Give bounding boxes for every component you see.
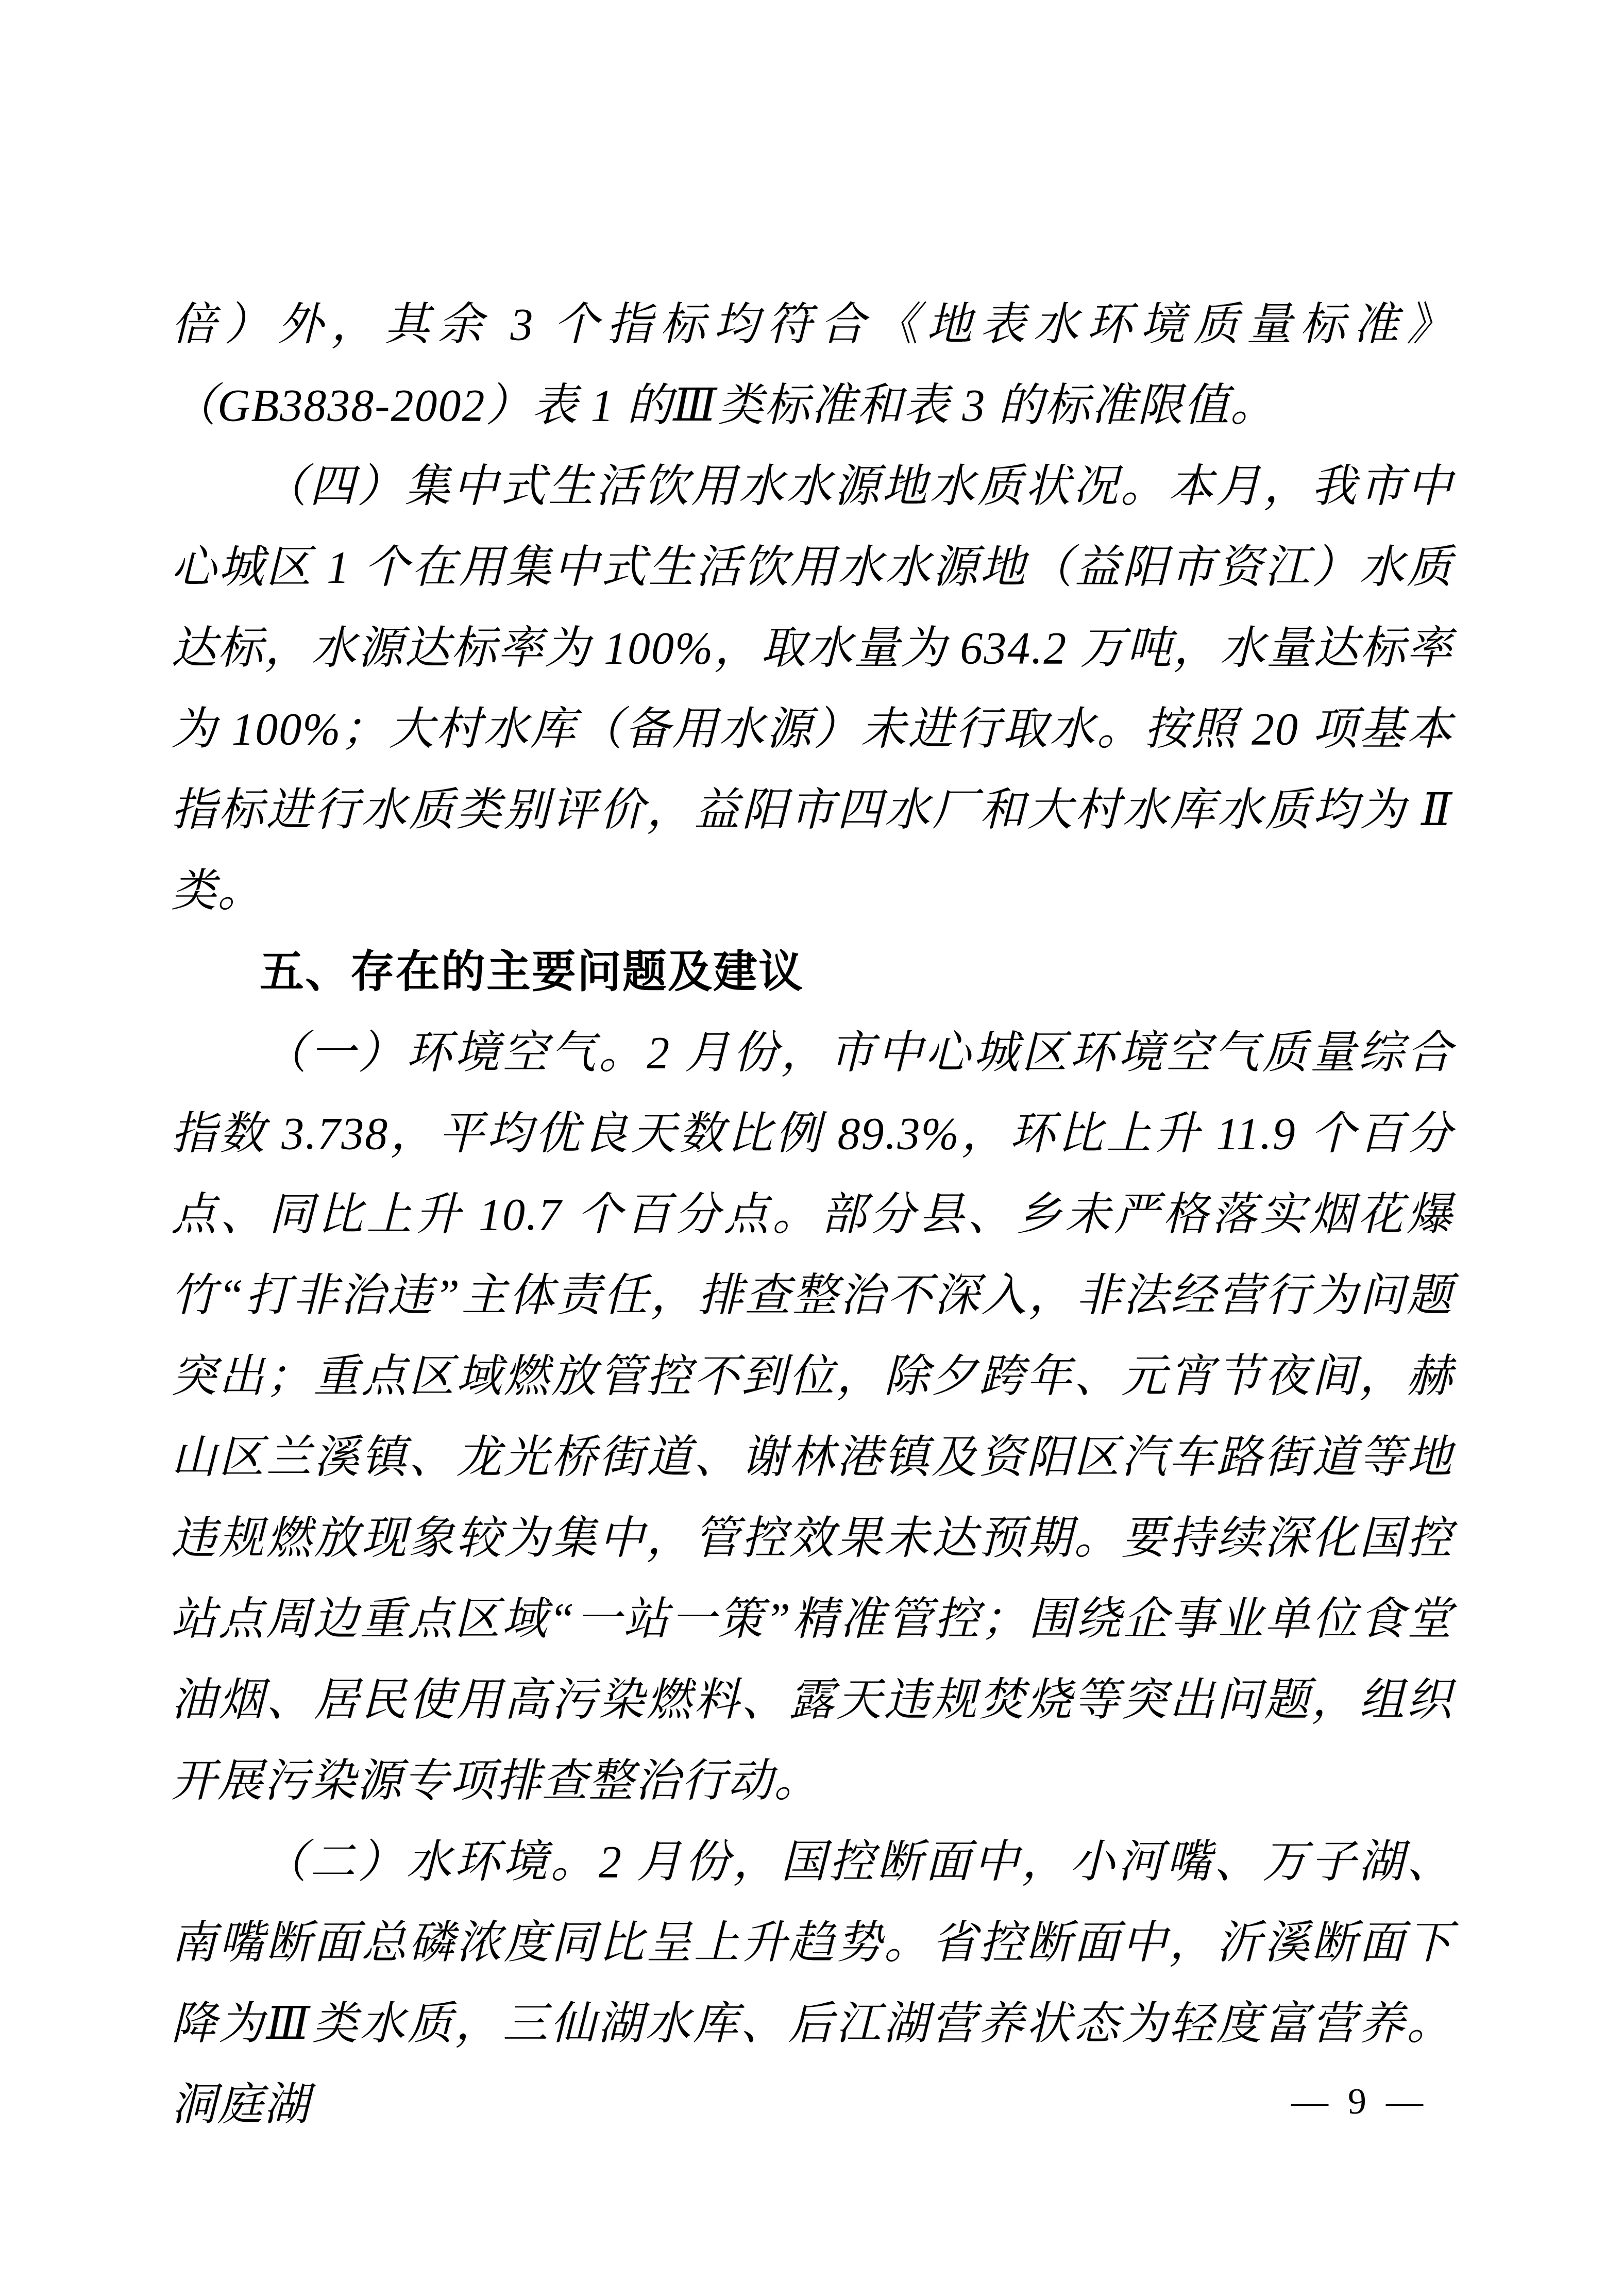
section-heading-problems-and-suggestions: 五、存在的主要问题及建议 [171,932,1453,1013]
paragraph-section-four: （四）集中式生活饮用水水源地水质状况。本月，我市中心城区 1 个在用集中式生活饮… [171,446,1453,932]
document-page: 倍）外，其余 3 个指标均符合《地表水环境质量标准》（GB3838-2002）表… [0,0,1623,2296]
page-number: — 9 — [1291,2078,1428,2124]
paragraph-section-one-air: （一）环境空气。2 月份，市中心城区环境空气质量综合指数 3.738，平均优良天… [171,1013,1453,1822]
paragraph-continuation: 倍）外，其余 3 个指标均符合《地表水环境质量标准》（GB3838-2002）表… [171,284,1453,446]
paragraph-section-two-water: （二）水环境。2 月份，国控断面中，小河嘴、万子湖、南嘴断面总磷浓度同比呈上升趋… [171,1822,1453,2146]
document-body: 倍）外，其余 3 个指标均符合《地表水环境质量标准》（GB3838-2002）表… [171,284,1453,2146]
